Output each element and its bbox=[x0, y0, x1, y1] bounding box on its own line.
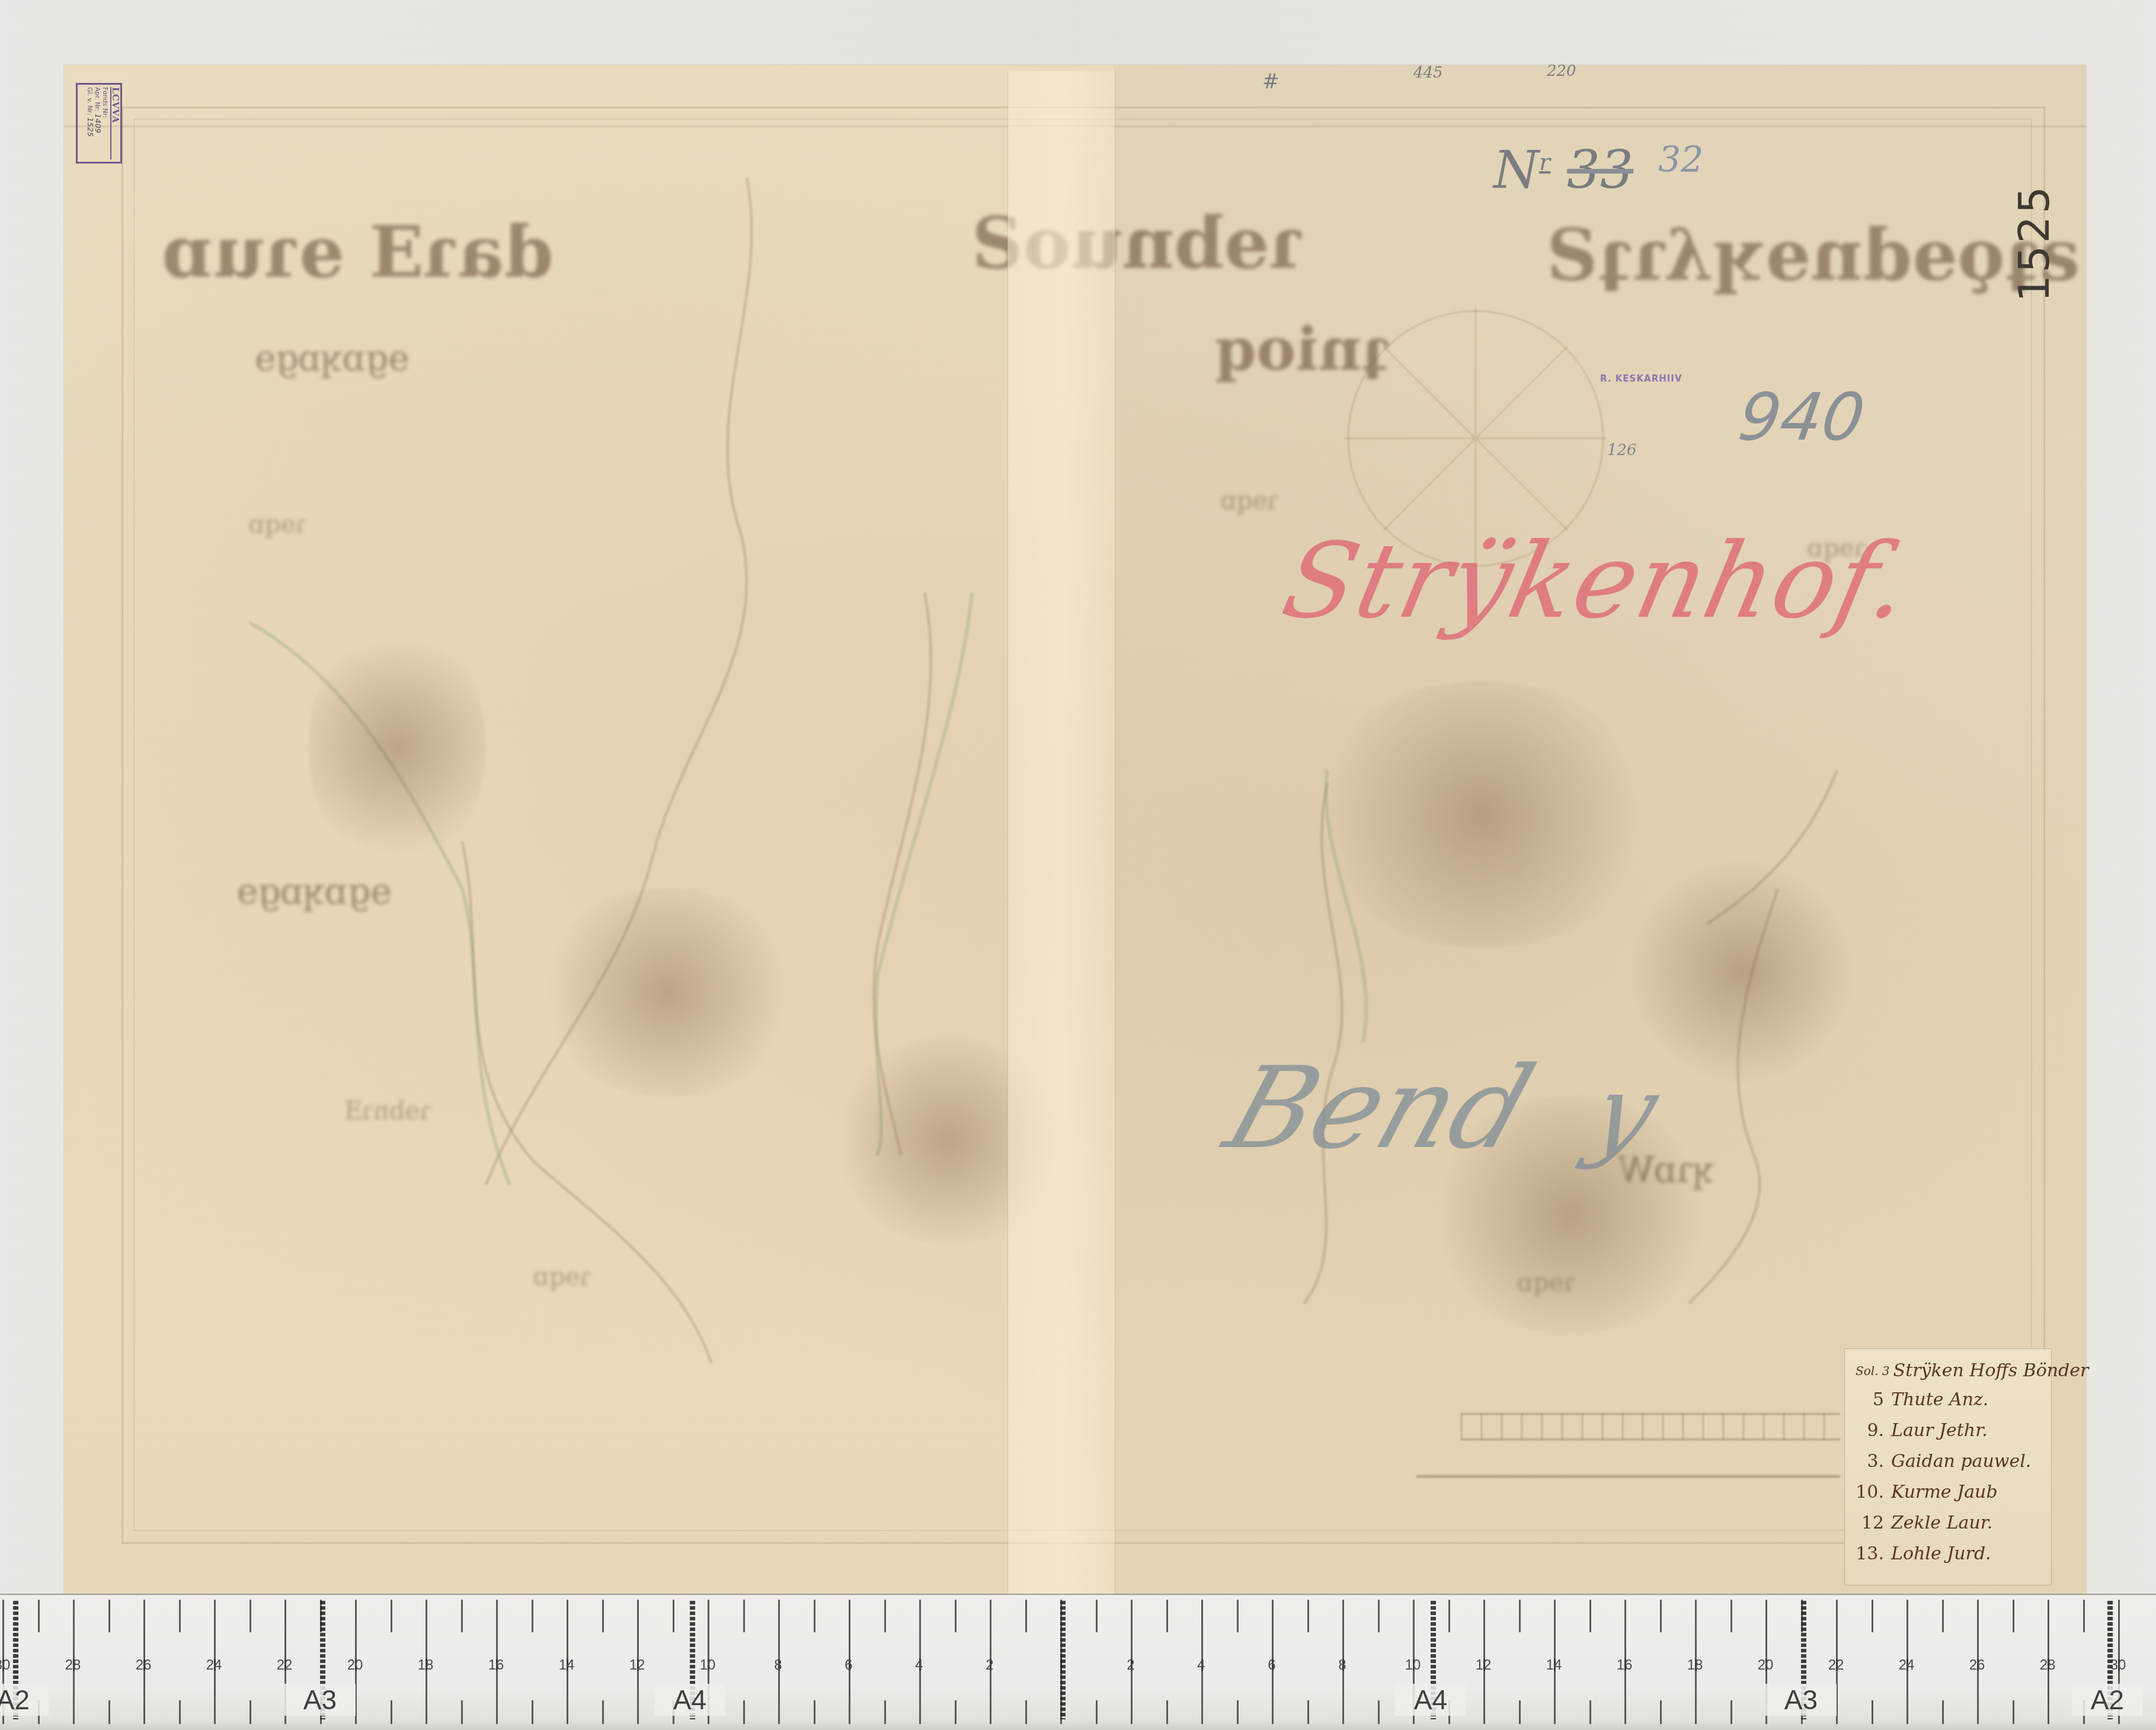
ruler-minor-tick bbox=[108, 1600, 110, 1632]
ruler-minor-tick bbox=[1660, 1600, 1662, 1632]
list-item-name: Laur Jethr. bbox=[1891, 1420, 1988, 1441]
list-item-name: Gaidan pauwel. bbox=[1891, 1451, 2031, 1472]
paper-size-label: A4 bbox=[654, 1684, 725, 1716]
ruler-number: 28 bbox=[2030, 1657, 2065, 1674]
bleed-through-settlement-cluster bbox=[1304, 681, 1659, 948]
bleed-through-label: ɘgɒʞɒgɘ bbox=[255, 338, 410, 379]
ruler-number: 28 bbox=[55, 1657, 91, 1674]
ruler-number: 16 bbox=[1607, 1657, 1642, 1674]
ruler-number: 26 bbox=[1959, 1657, 1995, 1674]
ruler-minor-tick bbox=[884, 1700, 886, 1724]
ruler-minor-tick bbox=[1166, 1700, 1168, 1724]
bleed-through-title-right: ƨʇǫɘdnɘʞʎɿʇƧ bbox=[1547, 213, 2080, 297]
ruler-minor-tick bbox=[1096, 1600, 1098, 1632]
list-item-number: 10. bbox=[1856, 1477, 1884, 1508]
ruler-minor-tick bbox=[179, 1700, 181, 1724]
ruler-minor-tick bbox=[673, 1600, 674, 1632]
stamp-gl-value: 1525 bbox=[85, 117, 94, 137]
ruler-number: 12 bbox=[1466, 1657, 1501, 1674]
top-pencil-mark: # bbox=[1262, 70, 1279, 94]
bleed-through-label: ɿɘbnɿƎ bbox=[344, 1096, 431, 1125]
ruler-minor-tick bbox=[1872, 1700, 1873, 1724]
ruler-minor-tick bbox=[1237, 1600, 1239, 1632]
ruler-minor-tick bbox=[179, 1600, 181, 1632]
bleed-through-settlement-cluster bbox=[533, 889, 800, 1096]
ruler-minor-tick bbox=[1025, 1600, 1027, 1632]
ruler-number: 4 bbox=[901, 1657, 937, 1674]
top-pencil-mark: 220 bbox=[1547, 62, 1576, 80]
ruler-minor-tick bbox=[1025, 1700, 1027, 1724]
ruler-number: 10 bbox=[690, 1657, 725, 1674]
bleed-through-label: ɘgɒʞɒgɘ bbox=[237, 871, 392, 912]
ruler-center-marker bbox=[1060, 1601, 1066, 1719]
ruler-number: 8 bbox=[760, 1657, 796, 1674]
ruler-minor-tick bbox=[1096, 1700, 1098, 1724]
list-item-number: 5 bbox=[1856, 1385, 1884, 1415]
ruler-minor-tick bbox=[955, 1600, 957, 1632]
ruler-number: 2 bbox=[972, 1657, 1007, 1674]
ruler-number: 6 bbox=[1254, 1657, 1290, 1674]
list-item-number: 9. bbox=[1856, 1415, 1884, 1446]
ruler-minor-tick bbox=[1730, 1700, 1732, 1724]
ruler-minor-tick bbox=[249, 1700, 251, 1724]
ruler-minor-tick bbox=[743, 1700, 745, 1724]
list-item-name: Thute Anz. bbox=[1891, 1389, 1988, 1410]
stamp-fonds-row: Fonds Nr: bbox=[101, 87, 109, 159]
ruler-minor-tick bbox=[1448, 1600, 1450, 1632]
ruler-number: 24 bbox=[196, 1657, 232, 1674]
archive-stamp: LCVVA Fonds Nr: Apr. Nr: 1409 Gl. v. Nr:… bbox=[76, 83, 122, 164]
ruler-minor-tick bbox=[1660, 1700, 1662, 1724]
ruler-minor-tick bbox=[532, 1700, 533, 1724]
ruler-minor-tick bbox=[1237, 1700, 1239, 1724]
folio-mark: Sol. 3 bbox=[1856, 1364, 1890, 1378]
register-number: Nr 33 32 bbox=[1493, 139, 1703, 200]
ruler-minor-tick bbox=[1730, 1600, 1732, 1632]
ruler-number: 10 bbox=[1395, 1657, 1431, 1674]
list-item-number: 12 bbox=[1856, 1508, 1884, 1539]
ruler-minor-tick bbox=[1519, 1700, 1521, 1724]
ruler-number: 20 bbox=[337, 1657, 373, 1674]
list-item-number: 13. bbox=[1856, 1539, 1884, 1569]
bleed-through-subtitle: ʇnioq bbox=[1215, 314, 1391, 384]
ruler-minor-tick bbox=[602, 1600, 604, 1632]
ruler-number: 26 bbox=[126, 1657, 161, 1674]
list-item: 13.Lohle Jurd. bbox=[1856, 1539, 2043, 1569]
bleed-through-label: ɿɘqɒ bbox=[1517, 1268, 1575, 1297]
ruler-minor-tick bbox=[814, 1700, 815, 1724]
ruler-minor-tick bbox=[814, 1600, 815, 1632]
ruler-minor-tick bbox=[743, 1600, 745, 1632]
ruler-number: 18 bbox=[408, 1657, 443, 1674]
ruler-number: 6 bbox=[831, 1657, 866, 1674]
ruler-number: 18 bbox=[1677, 1657, 1713, 1674]
stamp-title: LCVVA bbox=[110, 87, 119, 159]
sheet-number: 1525 bbox=[2009, 184, 2059, 302]
ruler-minor-tick bbox=[884, 1600, 886, 1632]
ruler-minor-tick bbox=[1166, 1600, 1168, 1632]
bleed-through-settlement-cluster bbox=[308, 622, 486, 871]
peasant-list-header: Sol. 3Strÿken Hoffs Bönder bbox=[1856, 1357, 2043, 1385]
ruler-minor-tick bbox=[249, 1600, 251, 1632]
ruler-number: 12 bbox=[619, 1657, 655, 1674]
ruler-minor-tick bbox=[1378, 1700, 1380, 1724]
bleed-through-label: ɿɘqɒ bbox=[249, 510, 307, 539]
ruler-minor-tick bbox=[461, 1700, 463, 1724]
list-item: 10.Kurme Jaub bbox=[1856, 1477, 2043, 1508]
list-item: 3.Gaidan pauwel. bbox=[1856, 1446, 2043, 1477]
stamp-apr-row: Apr. Nr: 1409 bbox=[94, 87, 101, 159]
ruler-number: 2 bbox=[1113, 1657, 1149, 1674]
pencil-signature-text: Bend bbox=[1211, 1043, 1548, 1174]
ruler-minor-tick bbox=[2083, 1600, 2085, 1632]
ruler-minor-tick bbox=[1307, 1700, 1309, 1724]
measurement-ruler: 3028262422201816141210864224681012141618… bbox=[0, 1594, 2156, 1730]
ruler-minor-tick bbox=[1942, 1700, 1944, 1724]
ruler-number: 14 bbox=[549, 1657, 584, 1674]
stamp-gl-label: Gl. v. Nr: bbox=[86, 87, 94, 116]
register-number-corrected: 32 bbox=[1658, 139, 1703, 181]
ruler-number: 4 bbox=[1183, 1657, 1219, 1674]
paper-size-label: A4 bbox=[1395, 1684, 1466, 1716]
paper-size-label: A3 bbox=[284, 1684, 356, 1716]
ruler-number: 22 bbox=[267, 1657, 302, 1674]
peasant-list-title: Strÿken Hoffs Bönder bbox=[1893, 1360, 2089, 1381]
peasant-list-card: Sol. 3Strÿken Hoffs Bönder 5Thute Anz. 9… bbox=[1844, 1348, 2052, 1585]
ruler-minor-tick bbox=[532, 1600, 533, 1632]
register-number-struck: 33 bbox=[1567, 139, 1633, 200]
ruler-minor-tick bbox=[461, 1600, 463, 1632]
ruler-minor-tick bbox=[1942, 1600, 1944, 1632]
stamp-apr-label: Apr. Nr: bbox=[94, 87, 101, 111]
ruler-minor-tick bbox=[1872, 1600, 1873, 1632]
ruler-number: 30 bbox=[2100, 1657, 2136, 1674]
ruler-minor-tick bbox=[391, 1700, 392, 1724]
ruler-minor-tick bbox=[38, 1600, 40, 1632]
ruler-minor-tick bbox=[1307, 1600, 1309, 1632]
pencil-number-large: 940 bbox=[1734, 379, 1869, 455]
ruler-number: 16 bbox=[478, 1657, 514, 1674]
ruler-minor-tick bbox=[1589, 1600, 1591, 1632]
ruler-minor-tick bbox=[2013, 1700, 2014, 1724]
keskarhiiv-stamp: R. KESKARHIIV bbox=[1600, 373, 1682, 384]
list-item: 9.Laur Jethr. bbox=[1856, 1415, 2043, 1446]
list-item: 5Thute Anz. bbox=[1856, 1385, 2043, 1415]
ruler-number: 8 bbox=[1325, 1657, 1360, 1674]
ruler-minor-tick bbox=[2013, 1600, 2014, 1632]
stamp-apr-value: 1409 bbox=[93, 114, 102, 133]
ruler-number: 20 bbox=[1748, 1657, 1783, 1674]
bleed-through-label: ɿɘqɒ bbox=[1221, 486, 1279, 515]
list-item-name: Zekle Laur. bbox=[1891, 1513, 1992, 1533]
list-item-name: Lohle Jurd. bbox=[1891, 1543, 1991, 1564]
paper-size-label: A2 bbox=[2072, 1684, 2143, 1716]
ruler-minor-tick bbox=[1378, 1600, 1380, 1632]
ruler-minor-tick bbox=[1519, 1600, 1521, 1632]
paper-size-label: A3 bbox=[1765, 1684, 1837, 1716]
bleed-through-scale-bar bbox=[1461, 1413, 1840, 1478]
ruler-number: 22 bbox=[1818, 1657, 1854, 1674]
register-prefix: N bbox=[1493, 139, 1539, 200]
paper-size-label: A2 bbox=[0, 1684, 49, 1716]
pencil-number-small: 126 bbox=[1607, 441, 1637, 459]
list-item: 12Zekle Laur. bbox=[1856, 1508, 2043, 1539]
top-pencil-mark: 445 bbox=[1413, 64, 1443, 82]
list-item-number: 3. bbox=[1856, 1446, 1884, 1477]
stamp-gl-row: Gl. v. Nr: 1525 bbox=[86, 87, 94, 159]
list-item-name: Kurme Jaub bbox=[1891, 1482, 1998, 1502]
ruler-number: 14 bbox=[1536, 1657, 1572, 1674]
red-crayon-title: Strÿkenhof. bbox=[1273, 521, 1920, 642]
ruler-minor-tick bbox=[602, 1700, 604, 1724]
ruler-minor-tick bbox=[108, 1700, 110, 1724]
register-superscript: r bbox=[1539, 149, 1550, 176]
ruler-minor-tick bbox=[955, 1700, 957, 1724]
stamp-fonds-label: Fonds Nr: bbox=[101, 87, 109, 118]
bleed-through-title-left: daɿƎ ɘɿuɒ bbox=[163, 210, 554, 294]
ruler-number: 24 bbox=[1889, 1657, 1924, 1674]
pencil-signature: Bendy bbox=[1211, 1043, 1676, 1174]
ruler-minor-tick bbox=[391, 1600, 392, 1632]
bleed-through-label: ɿɘqɒ bbox=[533, 1262, 591, 1291]
repair-tape-strip bbox=[1007, 71, 1115, 1594]
ruler-minor-tick bbox=[1589, 1700, 1591, 1724]
